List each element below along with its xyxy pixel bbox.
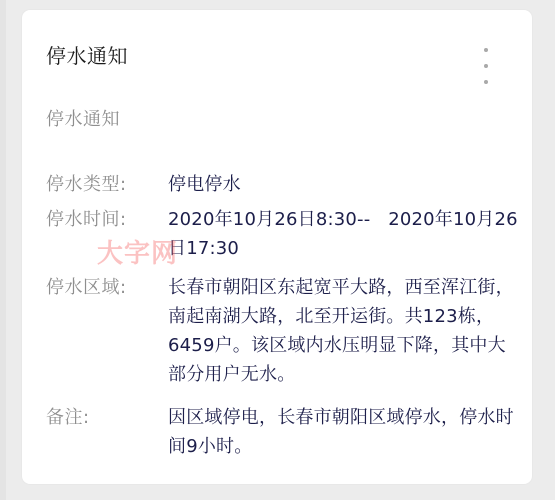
- field-value: 因区域停电，长春市朝阳区域停水，停水时间9小时。: [168, 403, 518, 461]
- field-value: 2020年10月26日8:30-- 2020年10月26日17:30: [168, 205, 518, 263]
- field-value: 长春市朝阳区东起宽平大路，西至浑江街，南起南湖大路，北至开运街。共123栋，64…: [168, 273, 518, 389]
- field-label: 停水类型:: [46, 170, 127, 199]
- field-label: 停水区域:: [46, 273, 127, 302]
- more-vertical-icon: [484, 48, 488, 52]
- card-title: 停水通知: [46, 40, 128, 69]
- card-subtitle: 停水通知: [46, 105, 120, 131]
- more-options-button[interactable]: [480, 48, 492, 84]
- more-vertical-icon-dot: [484, 64, 488, 68]
- field-label: 停水时间:: [46, 205, 127, 234]
- notice-card: 停水通知 停水通知 停水类型: 停电停水 停水时间: 2020年10月26日8:…: [22, 10, 532, 484]
- more-vertical-icon-dot: [484, 80, 488, 84]
- field-label: 备注:: [46, 403, 90, 432]
- field-value: 停电停水: [168, 170, 518, 199]
- screen-edge: [0, 0, 6, 500]
